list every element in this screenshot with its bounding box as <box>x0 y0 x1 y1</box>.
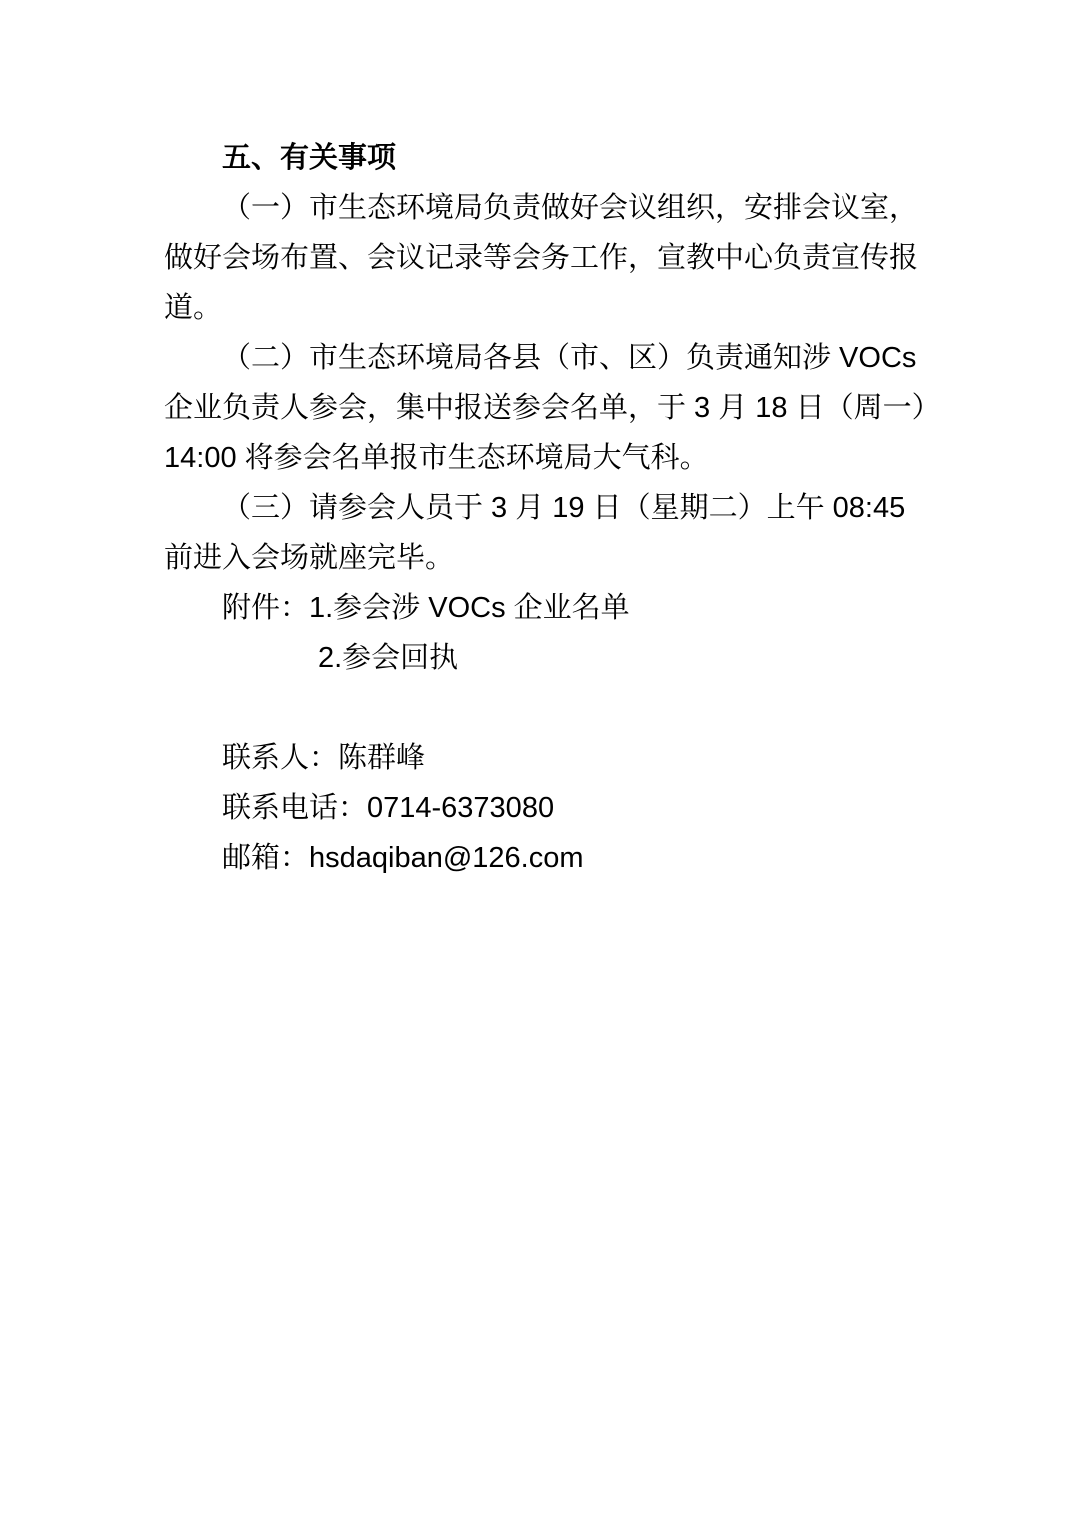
document-page: 五、有关事项 （一）市生态环境局负责做好会议组织，安排会议室， 做好会场布置、会… <box>0 0 1074 1520</box>
document-body: 五、有关事项 （一）市生态环境局负责做好会议组织，安排会议室， 做好会场布置、会… <box>164 133 912 883</box>
contact-phone-line: 联系电话：0714-6373080 <box>164 783 912 833</box>
section-heading: 五、有关事项 <box>164 133 912 183</box>
paragraph-1-line-1: （一）市生态环境局负责做好会议组织，安排会议室， <box>164 183 912 233</box>
contact-email-line: 邮箱：hsdaqiban@126.com <box>164 833 912 883</box>
paragraph-1-line-2: 做好会场布置、会议记录等会务工作，宣教中心负责宣传报 <box>164 233 912 283</box>
paragraph-1-line-3: 道。 <box>164 283 912 333</box>
paragraph-3-line-2: 前进入会场就座完毕。 <box>164 533 912 583</box>
paragraph-2-line-2: 企业负责人参会，集中报送参会名单，于 3 月 18 日（周一） <box>164 383 912 433</box>
paragraph-3-line-1: （三）请参会人员于 3 月 19 日（星期二）上午 08:45 <box>164 483 912 533</box>
paragraph-2-line-1: （二）市生态环境局各县（市、区）负责通知涉 VOCs <box>164 333 912 383</box>
blank-line <box>164 683 912 733</box>
attachment-item-1: 附件：1.参会涉 VOCs 企业名单 <box>164 583 912 633</box>
contact-person-line: 联系人：陈群峰 <box>164 733 912 783</box>
paragraph-2-line-3: 14:00 将参会名单报市生态环境局大气科。 <box>164 433 912 483</box>
attachment-item-2: 2.参会回执 <box>164 633 912 683</box>
